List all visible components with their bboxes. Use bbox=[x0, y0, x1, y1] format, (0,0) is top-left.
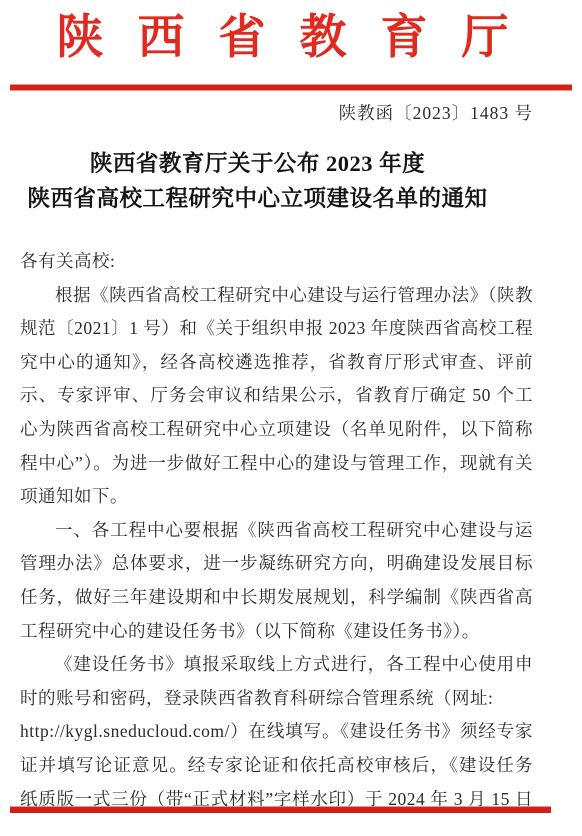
body-line: 管理办法》总体要求，进一步凝练研究方向，明确建设发展目标和 bbox=[20, 547, 533, 581]
body-line: 工程研究中心的建设任务书》（以下简称《建设任务书》）。 bbox=[20, 615, 533, 649]
body-line: 程中心”）。为进一步做好工程中心的建设与管理工作，现就有关事 bbox=[20, 447, 533, 481]
document-title: 陕西省教育厅关于公布 2023 年度 陕西省高校工程研究中心立项建设名单的通知 bbox=[20, 146, 495, 216]
document-number: 陕教函〔2023〕1483 号 bbox=[339, 101, 533, 125]
letterhead-divider bbox=[10, 85, 572, 90]
body-line: http://kygl.sneducloud.com/）在线填写。《建设任务书》… bbox=[20, 715, 533, 749]
document-body: 各有关高校:根据《陕西省高校工程研究中心建设与运行管理办法》（陕教规范〔2021… bbox=[20, 245, 533, 816]
body-line: 一、各工程中心要根据《陕西省高校工程研究中心建设与运行 bbox=[20, 514, 533, 548]
letterhead-agency-name: 陕西省教育厅 bbox=[0, 8, 582, 68]
body-line: 证并填写论证意见。经专家论证和依托高校审核后，《建设任务书》 bbox=[20, 749, 533, 783]
document-title-line2: 陕西省高校工程研究中心立项建设名单的通知 bbox=[20, 181, 495, 216]
body-line: 时的账号和密码，登录陕西省教育科研综合管理系统（网址: bbox=[20, 682, 533, 716]
page-bottom-divider bbox=[10, 807, 551, 813]
body-line: 规范〔2021〕1 号）和《关于组织申报 2023 年度陕西省高校工程研 bbox=[20, 312, 533, 346]
document-title-line1: 陕西省教育厅关于公布 2023 年度 bbox=[20, 146, 495, 181]
body-line: 项通知如下。 bbox=[20, 480, 533, 514]
document-page: 陕西省教育厅 陕教函〔2023〕1483 号 陕西省教育厅关于公布 2023 年… bbox=[0, 0, 582, 836]
body-line: 各有关高校: bbox=[20, 245, 533, 279]
body-line: 根据《陕西省高校工程研究中心建设与运行管理办法》（陕教 bbox=[20, 279, 533, 313]
body-line: 心为陕西省高校工程研究中心立项建设（名单见附件，以下简称“工 bbox=[20, 413, 533, 447]
body-line: 究中心的通知》，经各高校遴选推荐，省教育厅形式审查、评前公 bbox=[20, 346, 533, 380]
body-line: 《建设任务书》填报采取线上方式进行，各工程中心使用申报 bbox=[20, 648, 533, 682]
body-line: 示、专家评审、厅务会审议和结果公示，省教育厅确定 50 个工程中 bbox=[20, 379, 533, 413]
body-line: 任务，做好三年建设期和中长期发展规划，科学编制《陕西省高校 bbox=[20, 581, 533, 615]
